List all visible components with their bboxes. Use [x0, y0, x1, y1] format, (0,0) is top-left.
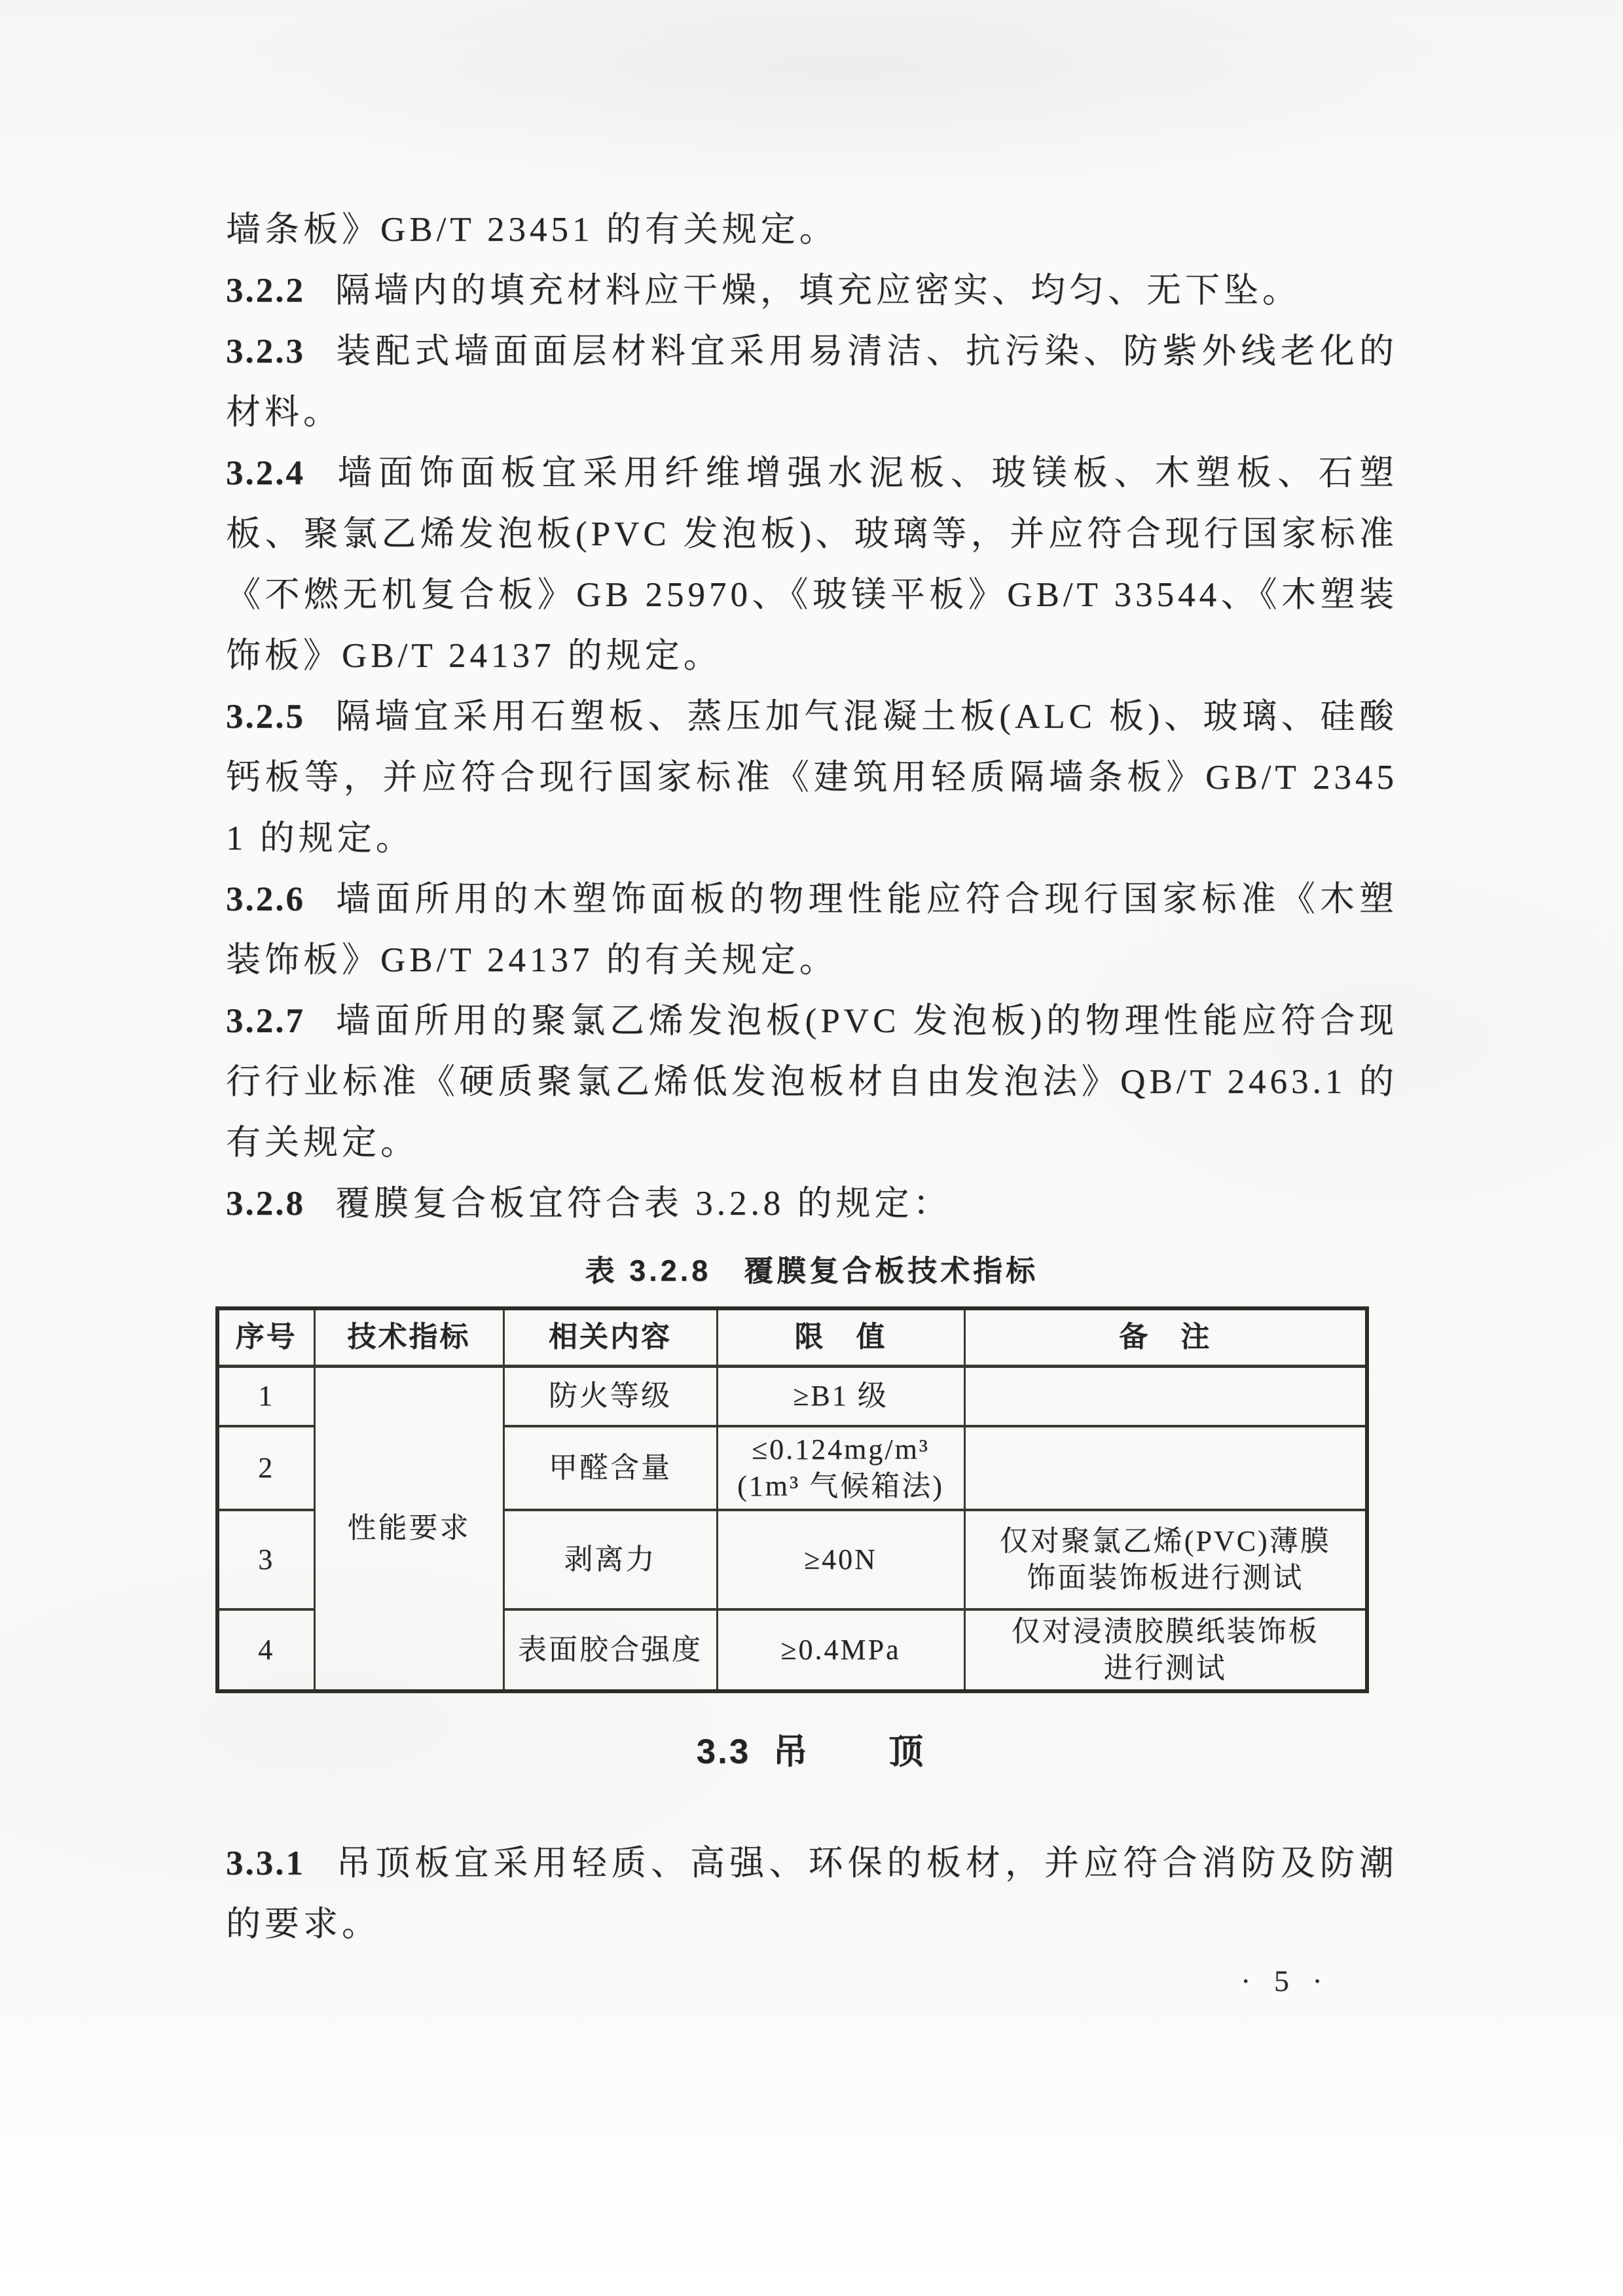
clause-text: 隔墙宜采用石塑板、蒸压加气混凝土板(ALC 板)、玻璃、硅酸钙板等，并应符合现行… — [226, 698, 1398, 857]
clause-text: 墙面所用的聚氯乙烯发泡板(PVC 发泡板)的物理性能应符合现行行业标准《硬质聚氯… — [226, 1002, 1398, 1162]
table-caption: 表 3.2.8 覆膜复合板技术指标 — [226, 1251, 1398, 1291]
document-page: 墙条板》GB/T 23451 的有关规定。 3.2.2隔墙内的填充材料应干燥，填… — [0, 0, 1623, 2296]
table-caption-text: 表 3.2.8 覆膜复合板技术指标 — [585, 1254, 1039, 1287]
paragraph-continuation: 墙条板》GB/T 23451 的有关规定。 — [226, 200, 1398, 260]
clause-text: 墙面所用的木塑饰面板的物理性能应符合现行国家标准《木塑装饰板》GB/T 2413… — [226, 880, 1398, 979]
cell-content: 甲醛含量 — [503, 1426, 717, 1510]
cell-limit: ≤0.124mg/m³(1m³ 气候箱法) — [717, 1426, 964, 1510]
cell-note — [964, 1426, 1367, 1510]
table-row: 1 性能要求 防火等级 ≥B1 级 — [217, 1366, 1367, 1426]
section-title: 吊 顶 — [773, 1732, 927, 1771]
cell-content: 防火等级 — [503, 1366, 717, 1426]
clause-number: 3.2.2 — [226, 272, 305, 310]
clause-text: 吊顶板宜采用轻质、高强、环保的板材，并应符合消防及防潮的要求。 — [226, 1844, 1398, 1943]
cell-content: 剥离力 — [503, 1510, 717, 1609]
section-heading: 3.3吊 顶 — [226, 1731, 1398, 1773]
cell-limit: ≥B1 级 — [717, 1366, 964, 1426]
cell-note — [964, 1366, 1367, 1426]
header-limit: 限 值 — [717, 1308, 964, 1366]
clause-3-2-8: 3.2.8覆膜复合板宜符合表 3.2.8 的规定： — [226, 1174, 1398, 1234]
page-number: · 5 · — [1241, 1964, 1330, 1998]
header-serial: 序号 — [217, 1308, 314, 1366]
cell-limit: ≥40N — [717, 1510, 964, 1609]
header-indicator: 技术指标 — [314, 1308, 503, 1366]
cell-indicator-merged: 性能要求 — [314, 1366, 503, 1691]
limit-value: ≤0.124mg/m³ — [752, 1433, 930, 1465]
clause-number: 3.3.1 — [226, 1844, 305, 1882]
limit-method: (1m³ 气候箱法) — [725, 1468, 957, 1505]
clause-text: 墙面饰面板宜采用纤维增强水泥板、玻镁板、木塑板、石塑板、聚氯乙烯发泡板(PVC … — [226, 454, 1398, 675]
clause-3-2-7: 3.2.7墙面所用的聚氯乙烯发泡板(PVC 发泡板)的物理性能应符合现行行业标准… — [226, 991, 1398, 1174]
clause-number: 3.2.5 — [226, 698, 305, 736]
clause-text: 隔墙内的填充材料应干燥，填充应密实、均匀、无下坠。 — [335, 272, 1301, 310]
table-header-row: 序号 技术指标 相关内容 限 值 备 注 — [217, 1308, 1367, 1366]
clause-number: 3.2.7 — [226, 1002, 305, 1040]
clause-3-2-6: 3.2.6墙面所用的木塑饰面板的物理性能应符合现行国家标准《木塑装饰板》GB/T… — [226, 869, 1398, 991]
paragraph-text: 墙条板》GB/T 23451 的有关规定。 — [226, 211, 838, 249]
clause-number: 3.2.6 — [226, 880, 305, 918]
section-number: 3.3 — [697, 1732, 751, 1771]
cell-content: 表面胶合强度 — [503, 1609, 717, 1691]
spec-table: 序号 技术指标 相关内容 限 值 备 注 1 性能要求 防火等级 ≥B1 级 2… — [215, 1306, 1369, 1693]
clause-3-3-1: 3.3.1吊顶板宜采用轻质、高强、环保的板材，并应符合消防及防潮的要求。 — [226, 1833, 1398, 1955]
clause-number: 3.2.4 — [226, 454, 305, 492]
header-content: 相关内容 — [503, 1308, 717, 1366]
cell-serial: 3 — [217, 1510, 314, 1609]
page-content: 墙条板》GB/T 23451 的有关规定。 3.2.2隔墙内的填充材料应干燥，填… — [226, 200, 1398, 1955]
cell-serial: 1 — [217, 1366, 314, 1426]
cell-limit: ≥0.4MPa — [717, 1609, 964, 1691]
cell-serial: 2 — [217, 1426, 314, 1510]
cell-note: 仅对浸渍胶膜纸装饰板 进行测试 — [964, 1609, 1367, 1691]
clause-3-2-2: 3.2.2隔墙内的填充材料应干燥，填充应密实、均匀、无下坠。 — [226, 260, 1398, 321]
cell-note: 仅对聚氯乙烯(PVC)薄膜 饰面装饰板进行测试 — [964, 1510, 1367, 1609]
header-note: 备 注 — [964, 1308, 1367, 1366]
clause-3-2-5: 3.2.5隔墙宜采用石塑板、蒸压加气混凝土板(ALC 板)、玻璃、硅酸钙板等，并… — [226, 687, 1398, 869]
clause-text: 覆膜复合板宜符合表 3.2.8 的规定： — [335, 1185, 952, 1223]
clause-3-2-3: 3.2.3装配式墙面面层材料宜采用易清洁、抗污染、防紫外线老化的材料。 — [226, 321, 1398, 443]
clause-number: 3.2.8 — [226, 1185, 305, 1223]
clause-text: 装配式墙面面层材料宜采用易清洁、抗污染、防紫外线老化的材料。 — [226, 332, 1398, 431]
clause-3-2-4: 3.2.4墙面饰面板宜采用纤维增强水泥板、玻镁板、木塑板、石塑板、聚氯乙烯发泡板… — [226, 443, 1398, 687]
cell-serial: 4 — [217, 1609, 314, 1691]
clause-number: 3.2.3 — [226, 332, 305, 370]
